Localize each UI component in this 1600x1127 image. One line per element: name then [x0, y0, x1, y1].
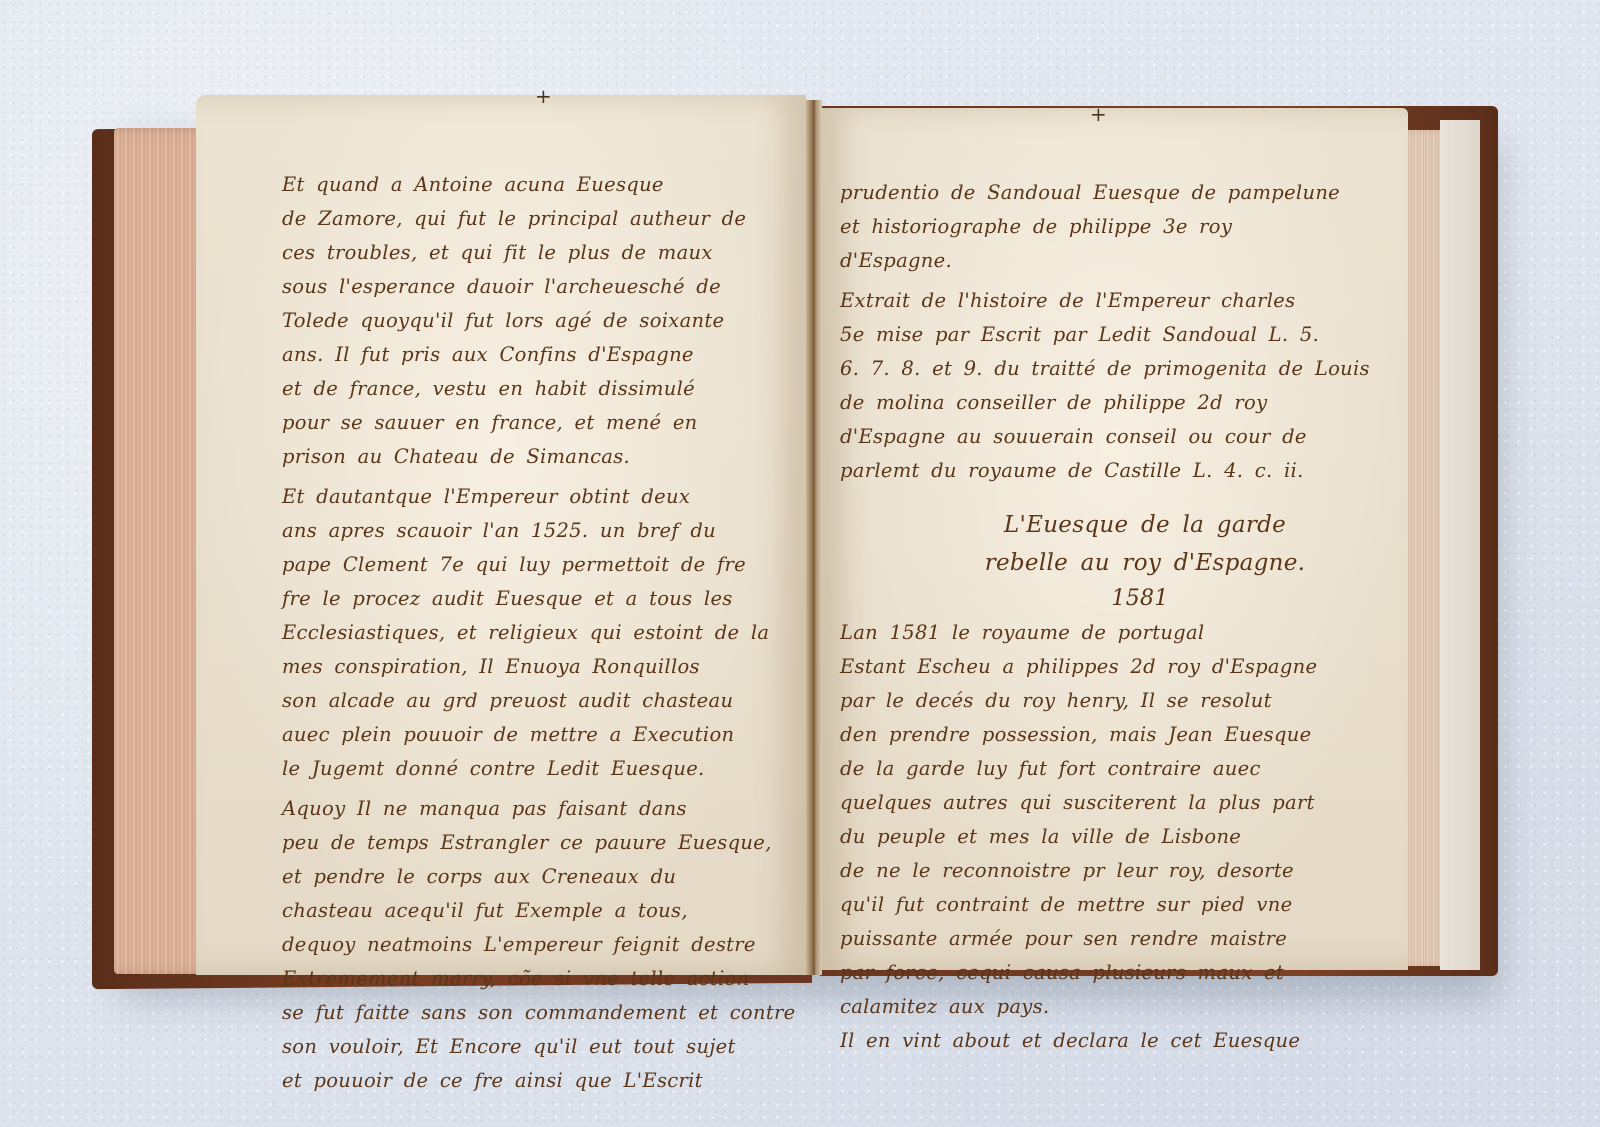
left-page-text: Et quand a Antoine acuna Euesque de Zamo…: [282, 168, 782, 1098]
manuscript-line: son alcade au grd preuost audit chasteau: [282, 684, 782, 718]
manuscript-line: qu'il fut contraint de mettre sur pied v…: [840, 888, 1340, 922]
manuscript-line: d'Espagne.: [840, 244, 1340, 278]
manuscript-line: Lan 1581 le royaume de portugal: [840, 616, 1340, 650]
manuscript-line: son vouloir, Et Encore qu'il eut tout su…: [282, 1030, 782, 1064]
manuscript-line: Et dautantque l'Empereur obtint deux: [282, 480, 782, 514]
manuscript-line: Et quand a Antoine acuna Euesque: [282, 168, 782, 202]
right-page-text: prudentio de Sandoual Euesque de pampelu…: [840, 176, 1340, 1058]
manuscript-line: prison au Chateau de Simancas.: [282, 440, 782, 474]
manuscript-line: le Jugemt donné contre Ledit Euesque.: [282, 752, 782, 786]
manuscript-line: d'Espagne au souuerain conseil ou cour d…: [840, 420, 1340, 454]
book-gutter: [806, 100, 822, 975]
manuscript-line: et pouuoir de ce fre ainsi que L'Escrit: [282, 1064, 782, 1098]
manuscript-line: den prendre possession, mais Jean Euesqu…: [840, 718, 1340, 752]
manuscript-line: auec plein pouuoir de mettre a Execution: [282, 718, 782, 752]
manuscript-line: pour se sauuer en france, et mené en: [282, 406, 782, 440]
manuscript-line: et pendre le corps aux Creneaux du: [282, 860, 782, 894]
manuscript-line: de molina conseiller de philippe 2d roy: [840, 386, 1340, 420]
manuscript-line: 6. 7. 8. et 9. du traitté de primogenita…: [840, 352, 1340, 386]
manuscript-line: calamitez aux pays.: [840, 990, 1340, 1024]
manuscript-line: pape Clement 7e qui luy permettoit de fr…: [282, 548, 782, 582]
manuscript-line: et de france, vestu en habit dissimulé: [282, 372, 782, 406]
manuscript-line: Ecclesiastiques, et religieux qui estoin…: [282, 616, 782, 650]
manuscript-line: parlemt du royaume de Castille L. 4. c. …: [840, 454, 1340, 488]
manuscript-line: dequoy neatmoins L'empereur feignit dest…: [282, 928, 782, 962]
manuscript-line: mes conspiration, Il Enuoya Ronquillos: [282, 650, 782, 684]
manuscript-line: quelques autres qui susciterent la plus …: [840, 786, 1340, 820]
manuscript-line: sous l'esperance dauoir l'archeuesché de: [282, 270, 782, 304]
manuscript-line: ces troubles, et qui fit le plus de maux: [282, 236, 782, 270]
section-year: 1581: [840, 582, 1340, 616]
manuscript-line: se fut faitte sans son commandement et c…: [282, 996, 782, 1030]
manuscript-line: prudentio de Sandoual Euesque de pampelu…: [840, 176, 1340, 210]
manuscript-line: fre le procez audit Euesque et a tous le…: [282, 582, 782, 616]
manuscript-line: de Zamore, qui fut le principal autheur …: [282, 202, 782, 236]
manuscript-line: ans. Il fut pris aux Confins d'Espagne: [282, 338, 782, 372]
folio-mark-left: +: [535, 86, 552, 106]
manuscript-line: de la garde luy fut fort contraire auec: [840, 752, 1340, 786]
manuscript-line: Extremement marry, cõe si vne telle acti…: [282, 962, 782, 996]
endpaper-right: [1440, 120, 1480, 970]
manuscript-line: Extrait de l'histoire de l'Empereur char…: [840, 284, 1340, 318]
folio-mark-right: +: [1090, 104, 1107, 124]
manuscript-line: peu de temps Estrangler ce pauure Euesqu…: [282, 826, 782, 860]
manuscript-line: du peuple et mes la ville de Lisbone: [840, 820, 1340, 854]
section-heading: L'Euesque de la garde: [840, 506, 1340, 544]
manuscript-line: Aquoy Il ne manqua pas faisant dans: [282, 792, 782, 826]
section-heading: rebelle au roy d'Espagne.: [840, 544, 1340, 582]
manuscript-line: par force, cequi causa plusieurs maux et: [840, 956, 1340, 990]
manuscript-line: par le decés du roy henry, Il se resolut: [840, 684, 1340, 718]
manuscript-line: 5e mise par Escrit par Ledit Sandoual L.…: [840, 318, 1340, 352]
manuscript-line: de ne le reconnoistre pr leur roy, desor…: [840, 854, 1340, 888]
manuscript-line: puissante armée pour sen rendre maistre: [840, 922, 1340, 956]
manuscript-line: et historiographe de philippe 3e roy: [840, 210, 1340, 244]
manuscript-line: Estant Escheu a philippes 2d roy d'Espag…: [840, 650, 1340, 684]
manuscript-line: chasteau acequ'il fut Exemple a tous,: [282, 894, 782, 928]
manuscript-line: Il en vint about et declara le cet Euesq…: [840, 1024, 1340, 1058]
manuscript-line: Tolede quoyqu'il fut lors agé de soixant…: [282, 304, 782, 338]
manuscript-line: ans apres scauoir l'an 1525. un bref du: [282, 514, 782, 548]
